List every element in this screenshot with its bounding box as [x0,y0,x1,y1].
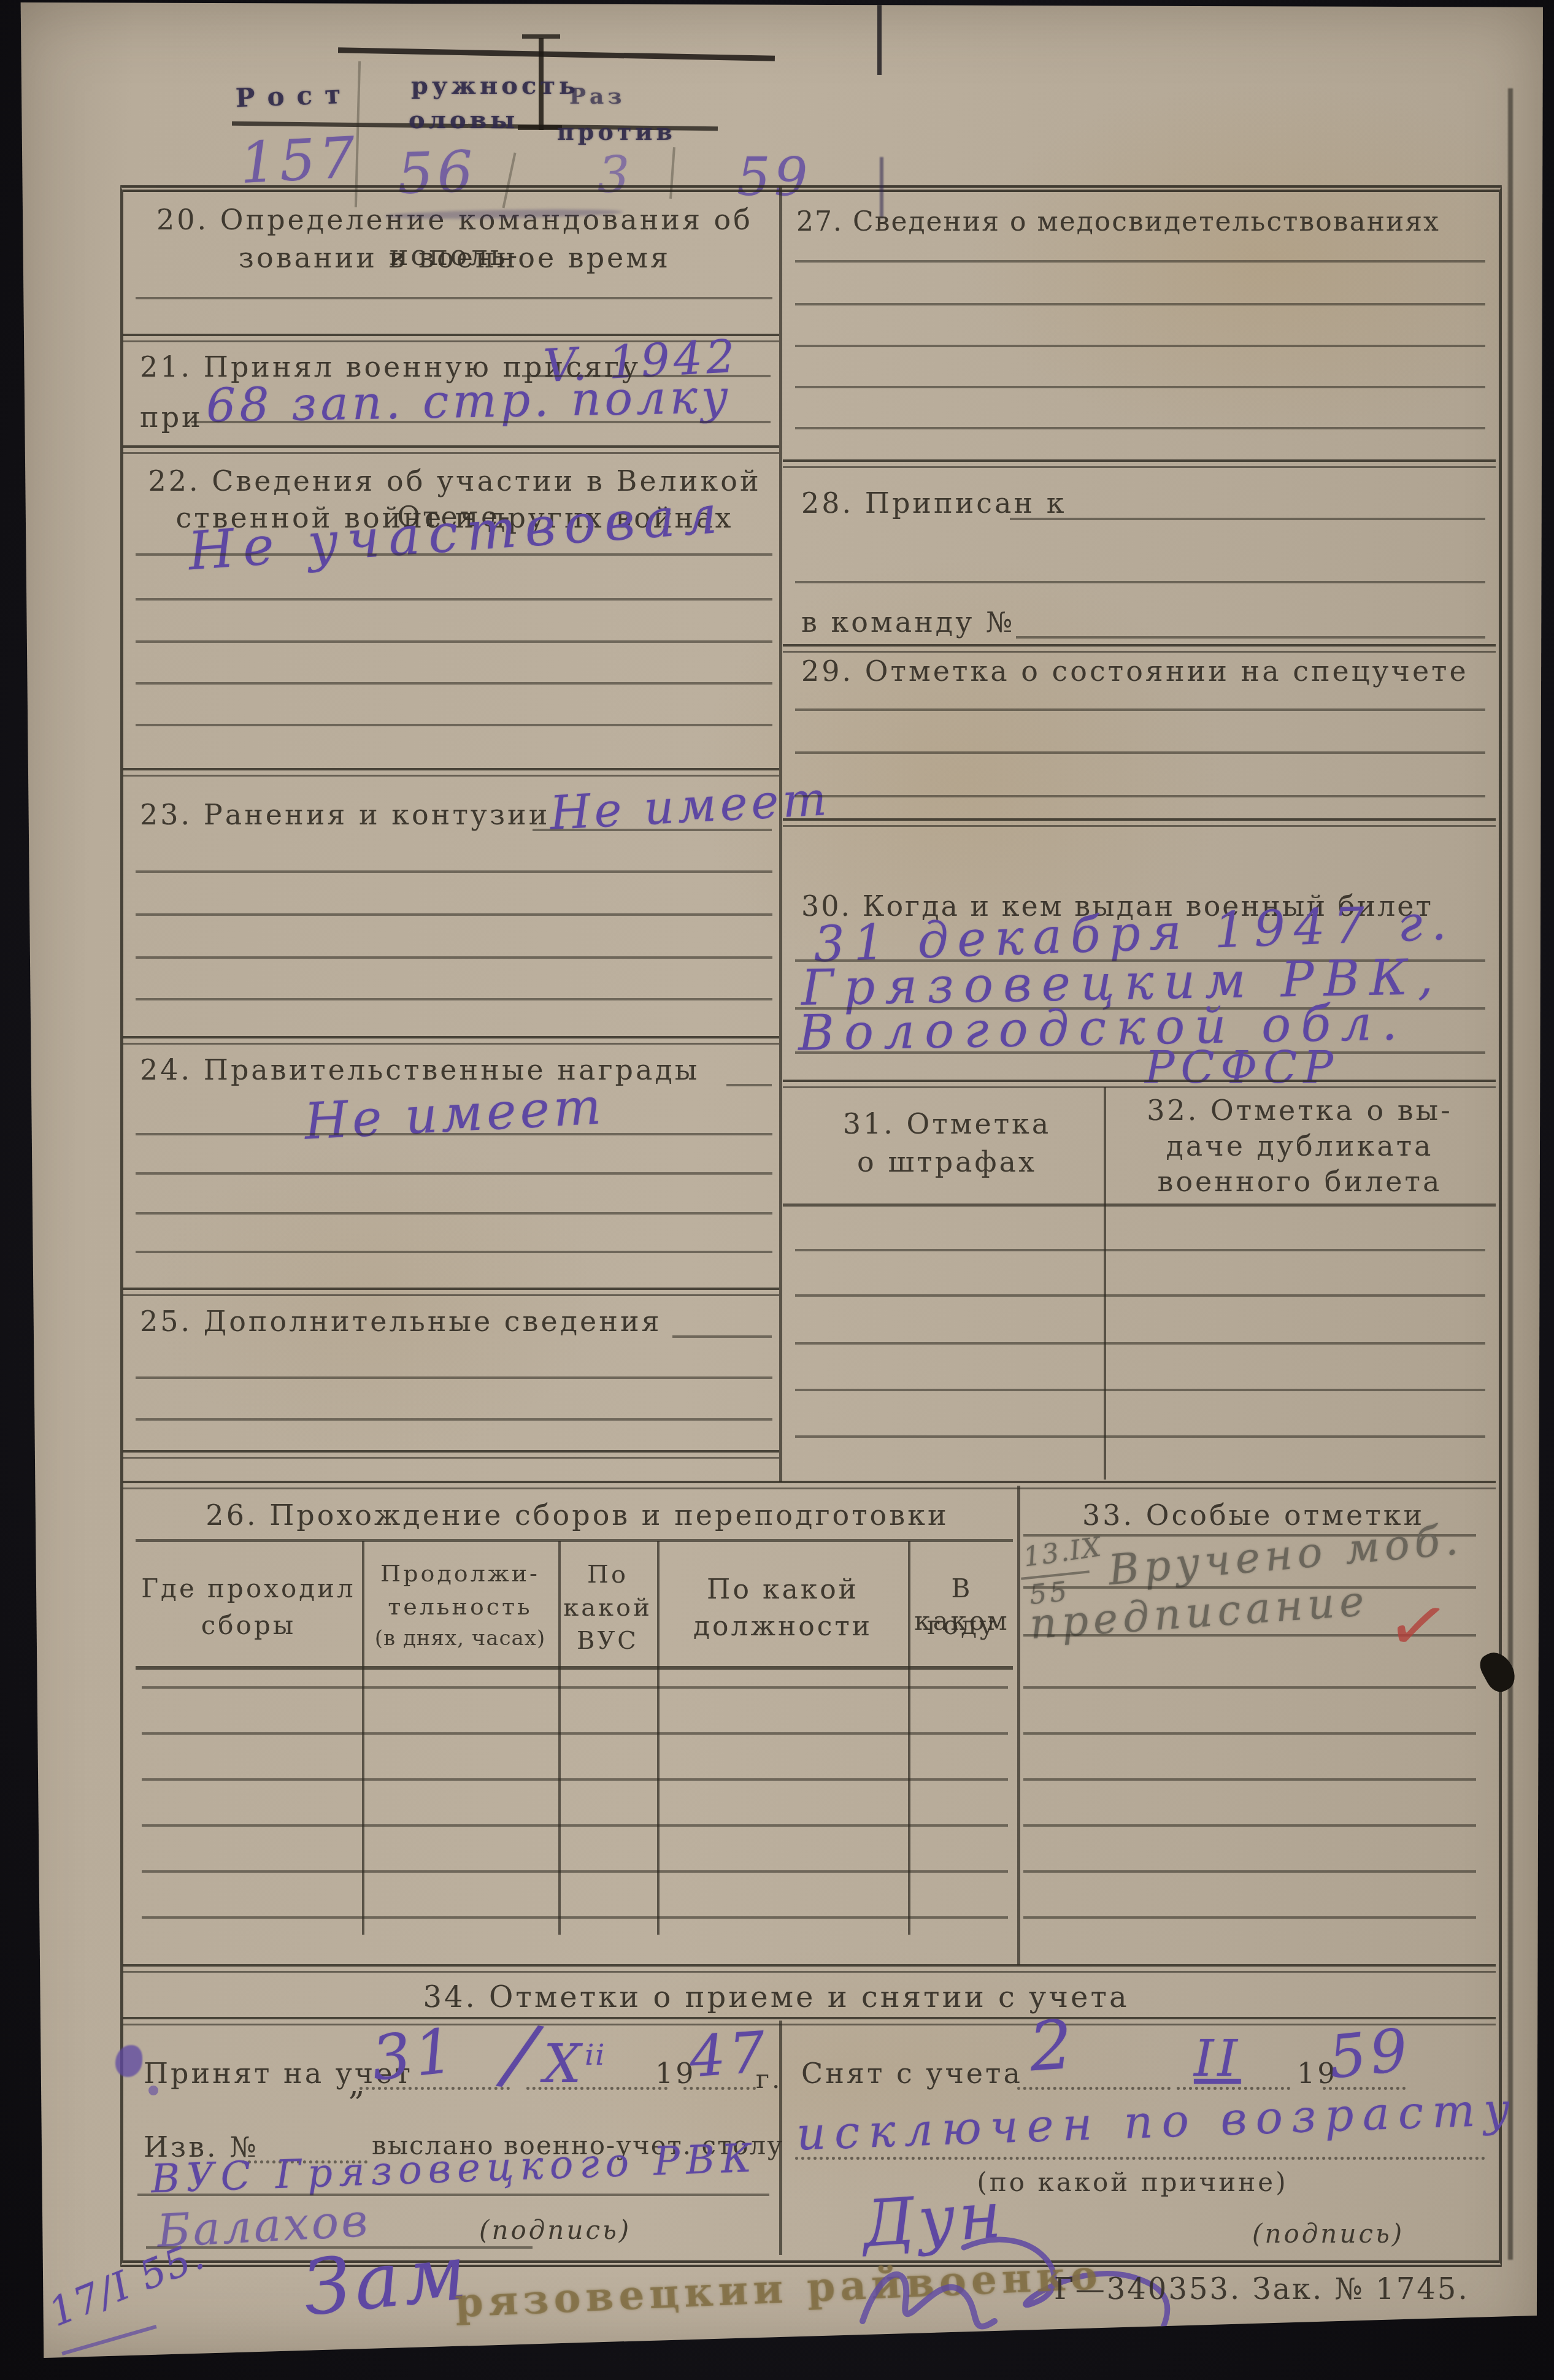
s34-accepted-quote: „ [348,2065,367,2105]
s20-blank-line [136,297,772,299]
s22-line-2 [136,598,772,601]
s24-answer: Не имеет [303,1081,606,1148]
s26-col5-line2: году [910,1610,1014,1642]
print-imprint: Г—340353. Зак. № 1745. [1054,2271,1469,2308]
s26-col3-line2: какой [561,1592,655,1623]
s24-line-3 [136,1212,772,1215]
s25-separator [123,1450,779,1459]
s33-divider [1017,1486,1020,1965]
violet-speck [148,2086,158,2095]
fines-row-4 [795,1389,1485,1391]
s26-col4-line2: должности [660,1610,906,1643]
s23-line-3 [136,956,772,959]
s23-line-2 [136,913,772,916]
s34-reason-line [795,2157,1485,2160]
s28-label: 28. Приписан к [801,486,1067,521]
s23-answer: Не имеет [548,775,831,837]
s34-removed-label: Снят с учета [801,2056,1023,2092]
s23-line-4 [136,998,772,1000]
s29-line-2 [795,751,1485,754]
s32-header-line1: 32. Отметка о вы- [1111,1093,1488,1129]
s27-line-3 [795,345,1485,347]
s34-removed-day: 2 [1027,2010,1078,2081]
s31-s32-header-rule [783,1203,1496,1207]
s26-row-2 [142,1732,1008,1735]
s34-reason-label: (по какой причине) [961,2167,1304,2199]
s26-col3-line1: По [561,1559,655,1590]
s29-title: 29. Отметка о состоянии на спецучете [801,654,1469,689]
s33-line-6 [1023,1824,1476,1827]
s27-line-2 [795,303,1485,305]
s26-row-3 [142,1778,1008,1781]
s21-prefix: при [140,400,203,436]
top-photo-mark [877,2,882,75]
head-circumference-label-1: ружность [411,71,579,100]
bottom-signature-scribble [856,2248,1077,2370]
s26-col1-line2: сборы [137,1610,360,1642]
stamp-divider-serif-top [522,34,560,39]
s22-line-3 [136,640,772,643]
bottom-zam-note: Зам [299,2234,473,2327]
s22-line-5 [136,724,772,726]
s34-top-rule [123,1964,1496,1973]
s32-header-line2: даче дубликата [1111,1129,1488,1164]
s33-line-5 [1023,1778,1476,1781]
s26-row-1 [142,1686,1008,1689]
center-divider-upper [779,186,782,1482]
s22-line-1 [136,553,772,556]
s26-col2-line2: тельность [364,1592,556,1622]
s30-separator [783,1080,1496,1088]
s25-line-1 [136,1376,772,1379]
s33-line-3 [1023,1686,1476,1689]
document-card: Рост ружность оловы Раз против 157 56 3 … [4,2,1546,2358]
s25-label: 25. Дополнительные сведения [140,1304,662,1340]
s26-col2-line1: Продолжи- [364,1559,556,1589]
s34-title-rule [123,2017,1496,2025]
month-roman: X [544,2033,585,2095]
s27-line-4 [795,386,1485,388]
height-value: 157 [239,129,360,192]
s22-line-4 [136,682,772,685]
s33-line-4 [1023,1732,1476,1735]
s24-separator [123,1288,779,1296]
s28-separator [783,644,1496,653]
month-superscript: ii [585,2038,606,2072]
s32-header-line3: военного билета [1111,1164,1488,1200]
s24-label: 24. Правительственные награды [140,1053,699,1088]
s21-separator [123,445,779,454]
s34-accepted-month: Xii [544,2038,606,2090]
s24-line-1 [136,1133,772,1135]
band-separator [123,1481,1496,1489]
s23-answer-line [533,829,772,831]
s24-line-4 [136,1251,772,1253]
s24-label-line [726,1084,772,1086]
s24-line-2 [136,1172,772,1175]
gasmask-size-label-2: против [557,118,676,145]
stamp-divider-serif-bottom [518,125,562,130]
s34-accepted-year-suffix: г. [756,2063,782,2096]
s34-accepted-day-line [360,2087,510,2090]
s34-removed-year: 59 [1326,2020,1414,2087]
head-circumference-label-2: оловы [409,106,518,134]
s23-label: 23. Ранения и контузии [140,797,550,833]
s25-line-2 [136,1418,772,1421]
s26-col-divider-3 [657,1541,660,1935]
s34-accepted-month-line [526,2087,667,2090]
s34-removed-month: II [1194,2034,1241,2084]
s20-title-line2: зовании в военное время [136,240,774,276]
s33-line-8 [1023,1916,1476,1919]
s26-title: 26. Прохождение сборов и переподготовки [145,1498,1010,1534]
s31-header-line1: 31. Отметка [792,1107,1102,1142]
s26-header-top-rule [136,1539,1013,1542]
s30-line-3 [795,1051,1485,1054]
s27-line-5 [795,427,1485,429]
s31-header-line2: о штрафах [792,1145,1102,1180]
s28-team-line [1016,636,1485,639]
s26-col4-line1: По какой [660,1573,906,1606]
s27-separator [783,459,1496,468]
s21-unit-line [191,421,771,423]
s34-left-podpis: (подпись) [479,2214,631,2247]
s33-line-7 [1023,1870,1476,1873]
s26-col1-line1: Где проходил [137,1573,360,1605]
fines-row-5 [795,1435,1485,1438]
gasmask-size-label-1: Раз [569,83,625,109]
s34-accepted-day: 31 [369,2020,460,2090]
s26-col2-line3: (в днях, часах) [364,1626,556,1652]
s23-line-1 [136,870,772,873]
s34-title: 34. Отметки о приеме и снятии с учета [123,1979,1429,2016]
bottom-dash: — [1059,2304,1112,2353]
stamp-rule-top [338,47,775,61]
s27-title: 27. Сведения о медосвидетельствованиях [796,205,1440,239]
s34-vus-line [137,2194,769,2196]
s26-row-4 [142,1824,1008,1827]
s26-row-6 [142,1916,1008,1919]
s28-label-line [1010,518,1485,520]
s34-removed-month-line [1177,2087,1290,2090]
fines-row-2 [795,1294,1485,1297]
s29-line-1 [795,708,1485,711]
s28-line-1 [795,581,1485,583]
photo-backdrop: { "ink": {"violet":"#5e48a2","pencil":"#… [0,0,1554,2380]
s26-col3-line3: ВУС [561,1626,655,1656]
fines-row-1 [795,1249,1485,1251]
s26-header-bottom-rule [136,1666,1013,1670]
s26-row-5 [142,1870,1008,1873]
s34-accepted-year-line [683,2087,756,2090]
s27-line-1 [795,260,1485,263]
s25-label-line [672,1335,772,1338]
s28-team-label: в команду № [801,605,1015,640]
s29-separator [783,818,1496,827]
s31-s32-divider [1104,1087,1106,1480]
s34-removed-day-line [1017,2087,1171,2090]
height-label: Рост [235,79,353,113]
s23-separator [123,1036,779,1045]
s29-line-3 [795,795,1485,797]
fines-row-3 [795,1342,1485,1345]
s22-separator [123,768,779,777]
s34-right-podpis: (подпись) [1252,2218,1404,2251]
page-edge-shadow [1508,88,1513,2260]
